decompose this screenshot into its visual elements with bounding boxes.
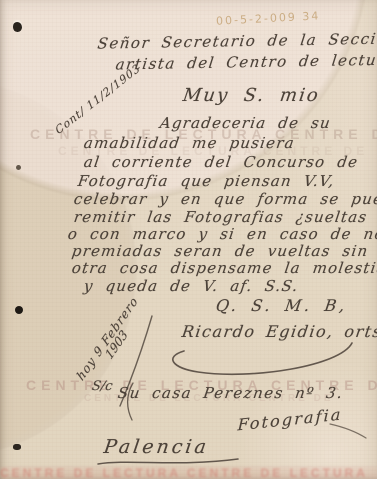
city-underline [98,459,238,464]
body-line: Fotografia que piensan V.V, [77,172,336,190]
closing-formula: Q. S. M. B, [215,296,349,315]
scanned-letter-page: CENTRE DE LECTURA CENTRE DE CENTRE DE LE… [0,0,377,479]
signature-flourish [173,343,352,374]
body-line: remitir las Fotografias ¿sueltas [73,208,369,226]
watermark-band-bottom-pink: CENTRE DE LECTURA CENTRE DE LECTURA [0,466,377,479]
address-prefix: S/c [91,379,114,394]
heading-line-2: artista del Centro de lectura [115,51,377,74]
signature: Ricardo Egidio, orts. [181,322,377,341]
date-note: hoy 9 Febrero 1903 [74,294,151,389]
edge-mark [13,444,21,450]
body-line: y queda de V. af. S.S. [83,277,300,295]
paper-speck [16,165,21,170]
body-line: al corriente del Concurso de [83,153,360,171]
body-line: otra cosa dispensame la molestia [71,259,377,277]
heading-line-1: Señor Secretario de la Seccion [97,29,377,52]
margin-note: Cont/ 11/2/1903 [53,61,143,137]
address-line: Su casa Pereznes nº 3. [117,384,345,402]
date-note-line-1: hoy 9 Febrero [74,293,141,383]
body-line: Agradeceria de su [159,114,333,132]
archive-code-annotation: 00-5-2-009 34 [216,9,321,27]
body-line: amabilidad me pusiera [83,134,296,152]
photography-tail [330,424,366,438]
punch-hole-dot [15,306,23,314]
photography-label: Fotografia [237,405,343,435]
body-line: premiadas seran de vueltas sin [71,242,370,260]
salutation: Muy S. mio [182,85,322,106]
body-line: o con marco y si en caso de no [67,225,377,243]
ink-blot [13,22,22,32]
city-name: Palencia [102,436,210,458]
body-line: celebrar y en que forma se puede [73,190,377,208]
